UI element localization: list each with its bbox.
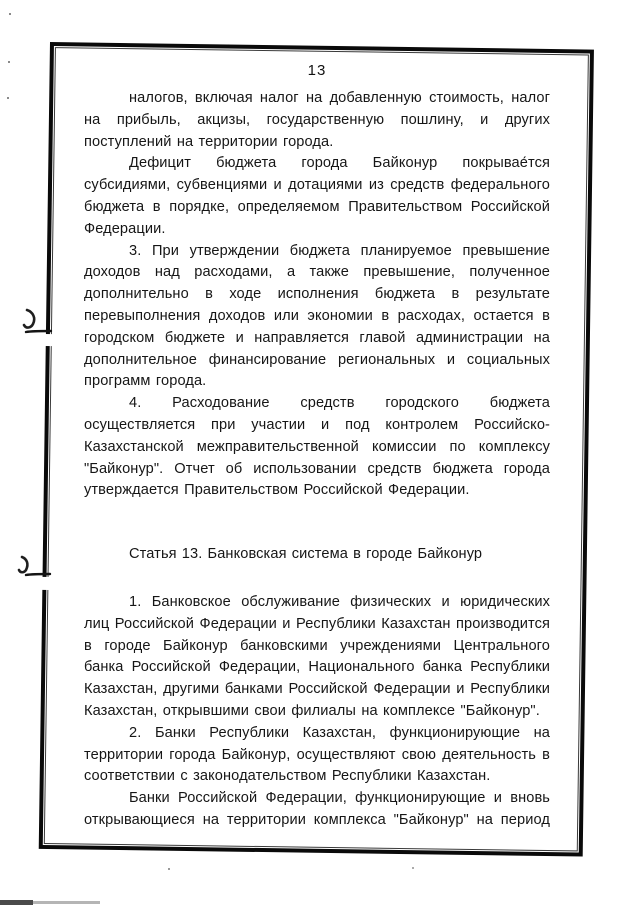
paragraph-budget-deficit: Дефицит бюджета города Байконур покрывае… — [84, 153, 550, 240]
scan-speck — [9, 13, 11, 15]
handwritten-check-mark-icon — [14, 552, 52, 582]
scanned-document-page: { "document": { "page_number": "13", "bu… — [0, 0, 640, 905]
scan-speck — [8, 61, 10, 63]
handwritten-check-mark-icon — [18, 306, 54, 340]
article-13-heading: Статья 13. Банковская система в городе Б… — [84, 544, 550, 566]
scan-speck — [168, 868, 170, 870]
paragraph-item-3-budget-surplus: 3. При утверждении бюджета планируемое п… — [84, 241, 550, 394]
paragraph-russian-banks-cutoff: Банки Российской Федерации, функционирую… — [84, 788, 550, 832]
scan-speck — [7, 97, 9, 99]
paragraph-item-4-budget-spending: 4. Расходование средств городского бюдже… — [84, 393, 550, 502]
page-text-block: 13 налогов, включая налог на добавленную… — [84, 60, 550, 832]
scan-edge-artifact — [33, 901, 100, 904]
scan-speck — [412, 867, 414, 869]
scan-edge-artifact — [0, 900, 33, 905]
page-number: 13 — [84, 60, 550, 82]
paragraph-item-2-kazakhstan-banks: 2. Банки Республики Казахстан, функциони… — [84, 723, 550, 788]
paragraph-taxes-continuation: налогов, включая налог на добавленную ст… — [84, 88, 550, 153]
paragraph-item-1-banking-services: 1. Банковское обслуживание физических и … — [84, 592, 550, 723]
